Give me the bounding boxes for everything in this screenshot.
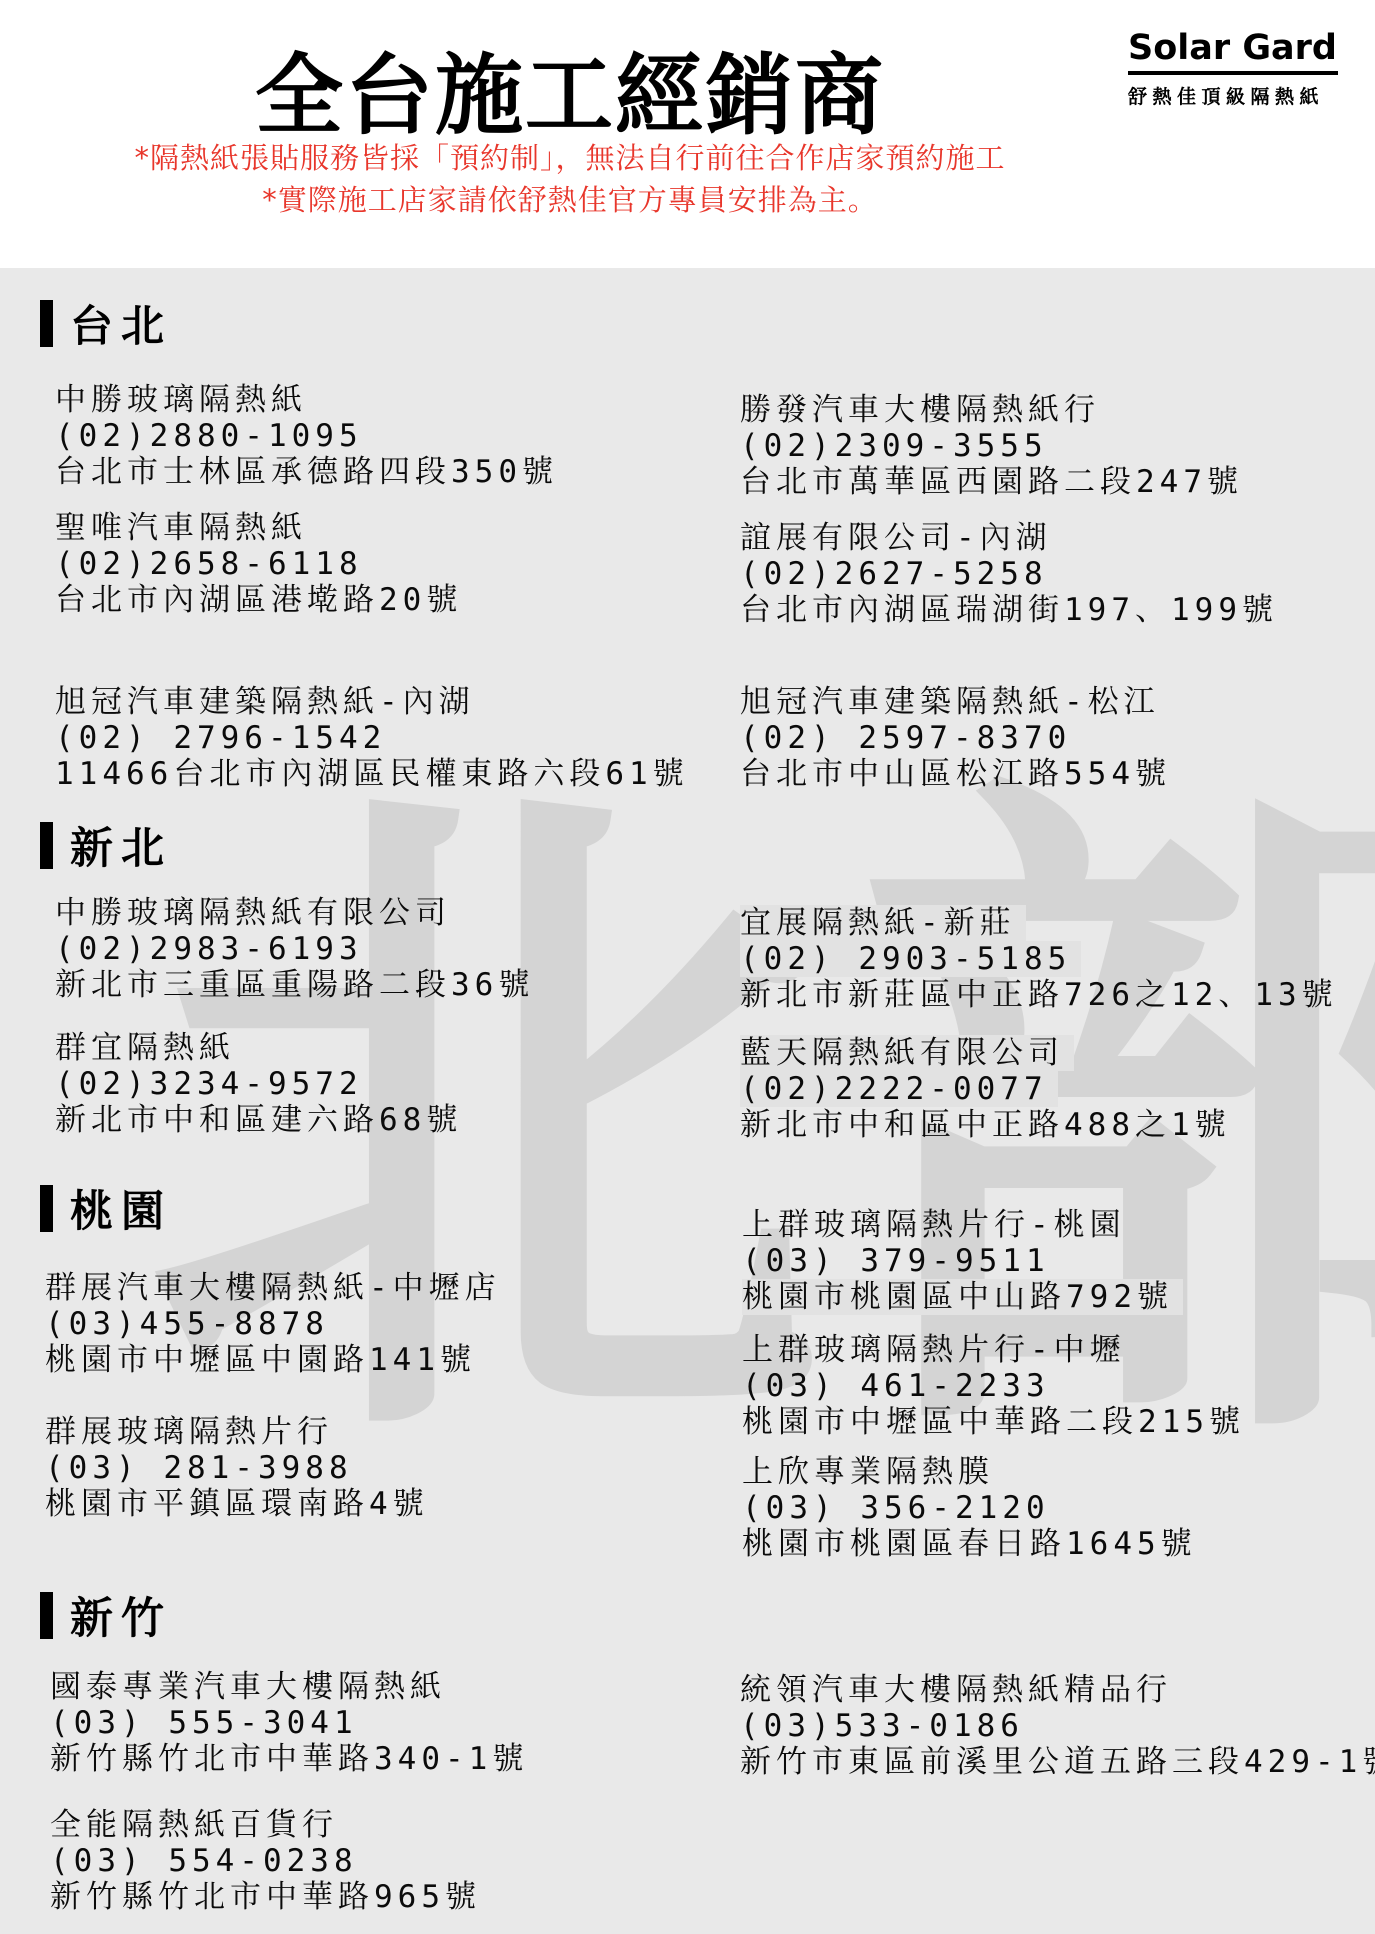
dealer-name: 旭冠汽車建築隔熱紙-內湖	[55, 684, 475, 720]
dealer-phone: (02)2658-6118	[55, 546, 363, 582]
dealer-address: 新竹縣竹北市中華路340-1號	[50, 1741, 528, 1777]
dealer-phone: (02) 2903-5185	[740, 941, 1081, 977]
dealer-phone: (02)3234-9572	[55, 1066, 363, 1102]
dealer-address: 台北市萬華區西園路二段247號	[740, 464, 1243, 500]
section-header-taoyuan: 桃園	[40, 1178, 172, 1239]
dealer-name: 上群玻璃隔熱片行-桃園	[742, 1207, 1126, 1243]
section-label: 新竹	[70, 1585, 172, 1646]
dealer-phone: (02) 2597-8370	[740, 720, 1071, 756]
dealer-phone: (03) 461-2233	[742, 1368, 1050, 1404]
dealer-entry: 群展玻璃隔熱片行(03) 281-3988桃園市平鎮區環南路4號	[45, 1414, 501, 1522]
dealer-address: 新北市中和區建六路68號	[55, 1102, 462, 1138]
dealer-phone: (03) 281-3988	[45, 1450, 353, 1486]
dealer-column-right-taoyuan: 上群玻璃隔熱片行-桃園(03) 379-9511桃園市桃園區中山路792號上群玻…	[742, 1207, 1245, 1562]
dealer-column-right-hsinchu: 統領汽車大樓隔熱紙精品行(03)533-0186新竹市東區前溪里公道五路三段42…	[740, 1672, 1375, 1780]
dealer-address: 桃園市中壢區中華路二段215號	[742, 1404, 1245, 1440]
dealer-entry: 群宜隔熱紙(02)3234-9572新北市中和區建六路68號	[55, 1030, 534, 1138]
dealer-name: 旭冠汽車建築隔熱紙-松江	[740, 684, 1160, 720]
dealer-entry: 旭冠汽車建築隔熱紙-內湖(02) 2796-154211466台北市內湖區民權東…	[55, 684, 689, 792]
dealer-name: 群宜隔熱紙	[55, 1030, 235, 1066]
dealer-phone: (02)2983-6193	[55, 931, 363, 967]
section-label: 桃園	[70, 1178, 172, 1239]
section-header-taipei: 台北	[40, 293, 172, 354]
section-header-new-taipei: 新北	[40, 815, 172, 876]
dealer-entry: 中勝玻璃隔熱紙(02)2880-1095台北市士林區承德路四段350號	[55, 382, 689, 490]
dealer-address: 桃園市中壢區中園路141號	[45, 1342, 476, 1378]
note-line-1: *隔熱紙張貼服務皆採「預約制」，無法自行前往合作店家預約施工	[0, 136, 1140, 177]
dealer-column-left-taipei: 中勝玻璃隔熱紙(02)2880-1095台北市士林區承德路四段350號聖唯汽車隔…	[55, 382, 689, 792]
dealer-entry: 全能隔熱紙百貨行(03) 554-0238新竹縣竹北市中華路965號	[50, 1807, 528, 1915]
dealer-entry: 群展汽車大樓隔熱紙-中壢店(03)455-8878桃園市中壢區中園路141號	[45, 1270, 501, 1378]
dealer-entry: 中勝玻璃隔熱紙有限公司(02)2983-6193新北市三重區重陽路二段36號	[55, 895, 534, 1003]
dealer-entry: 聖唯汽車隔熱紙(02)2658-6118台北市內湖區港墘路20號	[55, 510, 689, 618]
dealer-name: 藍天隔熱紙有限公司	[740, 1035, 1074, 1071]
dealer-phone: (02) 2796-1542	[55, 720, 386, 756]
dealer-column-left-taoyuan: 群展汽車大樓隔熱紙-中壢店(03)455-8878桃園市中壢區中園路141號群展…	[45, 1270, 501, 1522]
dealer-entry: 誼展有限公司-內湖(02)2627-5258台北市內湖區瑞湖街197、199號	[740, 520, 1278, 628]
dealer-name: 勝發汽車大樓隔熱紙行	[740, 392, 1100, 428]
dealer-phone: (02)2880-1095	[55, 418, 363, 454]
dealer-address: 新北市中和區中正路488之1號	[740, 1107, 1231, 1143]
dealer-column-right-taipei: 勝發汽車大樓隔熱紙行(02)2309-3555台北市萬華區西園路二段247號誼展…	[740, 392, 1278, 792]
note-line-2: *實際施工店家請依舒熱佳官方專員安排為主。	[0, 178, 1140, 219]
dealer-column-left-new-taipei: 中勝玻璃隔熱紙有限公司(02)2983-6193新北市三重區重陽路二段36號群宜…	[55, 895, 534, 1138]
dealer-name: 國泰專業汽車大樓隔熱紙	[50, 1669, 446, 1705]
section-header-hsinchu: 新竹	[40, 1585, 172, 1646]
dealer-phone: (02)2309-3555	[740, 428, 1048, 464]
dealer-address: 新竹市東區前溪里公道五路三段429-1號	[740, 1744, 1375, 1780]
dealer-phone: (03)455-8878	[45, 1306, 329, 1342]
dealer-name: 中勝玻璃隔熱紙有限公司	[55, 895, 451, 931]
logo-wordmark: Solar Gard	[1128, 28, 1338, 75]
dealer-entry: 國泰專業汽車大樓隔熱紙(03) 555-3041新竹縣竹北市中華路340-1號	[50, 1669, 528, 1777]
dealer-phone: (03) 555-3041	[50, 1705, 358, 1741]
dealer-phone: (03) 379-9511	[742, 1243, 1050, 1279]
dealer-name: 誼展有限公司-內湖	[740, 520, 1052, 556]
section-label: 台北	[70, 293, 172, 354]
dealer-name: 全能隔熱紙百貨行	[50, 1807, 338, 1843]
page-title: 全台施工經銷商	[0, 26, 1140, 152]
dealer-name: 聖唯汽車隔熱紙	[55, 510, 307, 546]
section-bar-icon	[40, 822, 53, 869]
dealer-address: 桃園市桃園區中山路792號	[742, 1279, 1183, 1315]
dealer-name: 群展玻璃隔熱片行	[45, 1414, 333, 1450]
section-bar-icon	[40, 300, 53, 347]
dealer-name: 群展汽車大樓隔熱紙-中壢店	[45, 1270, 501, 1306]
dealer-address: 台北市內湖區港墘路20號	[55, 582, 462, 618]
dealer-address: 新竹縣竹北市中華路965號	[50, 1879, 481, 1915]
dealer-address: 11466台北市內湖區民權東路六段61號	[55, 756, 689, 792]
dealer-address: 台北市中山區松江路554號	[740, 756, 1171, 792]
section-label: 新北	[70, 815, 172, 876]
dealer-entry: 上群玻璃隔熱片行-中壢(03) 461-2233桃園市中壢區中華路二段215號	[742, 1332, 1245, 1440]
dealer-address: 桃園市平鎮區環南路4號	[45, 1486, 429, 1522]
dealer-address: 新北市新莊區中正路726之12、13號	[740, 977, 1338, 1013]
dealer-column-left-hsinchu: 國泰專業汽車大樓隔熱紙(03) 555-3041新竹縣竹北市中華路340-1號全…	[50, 1669, 528, 1915]
dealer-phone: (03)533-0186	[740, 1708, 1024, 1744]
dealer-phone: (02)2627-5258	[740, 556, 1048, 592]
dealer-entry: 旭冠汽車建築隔熱紙-松江(02) 2597-8370台北市中山區松江路554號	[740, 684, 1278, 792]
dealer-address: 台北市士林區承德路四段350號	[55, 454, 558, 490]
dealer-entry: 上欣專業隔熱膜(03) 356-2120桃園市桃園區春日路1645號	[742, 1454, 1245, 1562]
dealer-phone: (03) 554-0238	[50, 1843, 358, 1879]
logo-subtitle: 舒熱佳頂級隔熱紙	[1128, 82, 1338, 109]
dealer-address: 新北市三重區重陽路二段36號	[55, 967, 534, 1003]
dealer-address: 台北市內湖區瑞湖街197、199號	[740, 592, 1278, 628]
dealer-entry: 藍天隔熱紙有限公司(02)2222-0077新北市中和區中正路488之1號	[740, 1035, 1338, 1143]
dealer-name: 上欣專業隔熱膜	[742, 1454, 994, 1490]
dealer-entry: 勝發汽車大樓隔熱紙行(02)2309-3555台北市萬華區西園路二段247號	[740, 392, 1278, 500]
dealer-entry: 宜展隔熱紙-新莊(02) 2903-5185新北市新莊區中正路726之12、13…	[740, 905, 1338, 1013]
dealer-entry: 統領汽車大樓隔熱紙精品行(03)533-0186新竹市東區前溪里公道五路三段42…	[740, 1672, 1375, 1780]
section-bar-icon	[40, 1592, 53, 1639]
dealer-entry: 上群玻璃隔熱片行-桃園(03) 379-9511桃園市桃園區中山路792號	[742, 1207, 1245, 1315]
dealer-phone: (02)2222-0077	[740, 1071, 1058, 1107]
dealer-name: 中勝玻璃隔熱紙	[55, 382, 307, 418]
brand-logo: Solar Gard 舒熱佳頂級隔熱紙	[1128, 28, 1338, 109]
dealer-name: 上群玻璃隔熱片行-中壢	[742, 1332, 1126, 1368]
dealer-phone: (03) 356-2120	[742, 1490, 1050, 1526]
dealer-column-right-new-taipei: 宜展隔熱紙-新莊(02) 2903-5185新北市新莊區中正路726之12、13…	[740, 905, 1338, 1143]
dealer-name: 宜展隔熱紙-新莊	[740, 905, 1026, 941]
section-bar-icon	[40, 1185, 53, 1232]
dealer-name: 統領汽車大樓隔熱紙精品行	[740, 1672, 1172, 1708]
dealer-address: 桃園市桃園區春日路1645號	[742, 1526, 1197, 1562]
